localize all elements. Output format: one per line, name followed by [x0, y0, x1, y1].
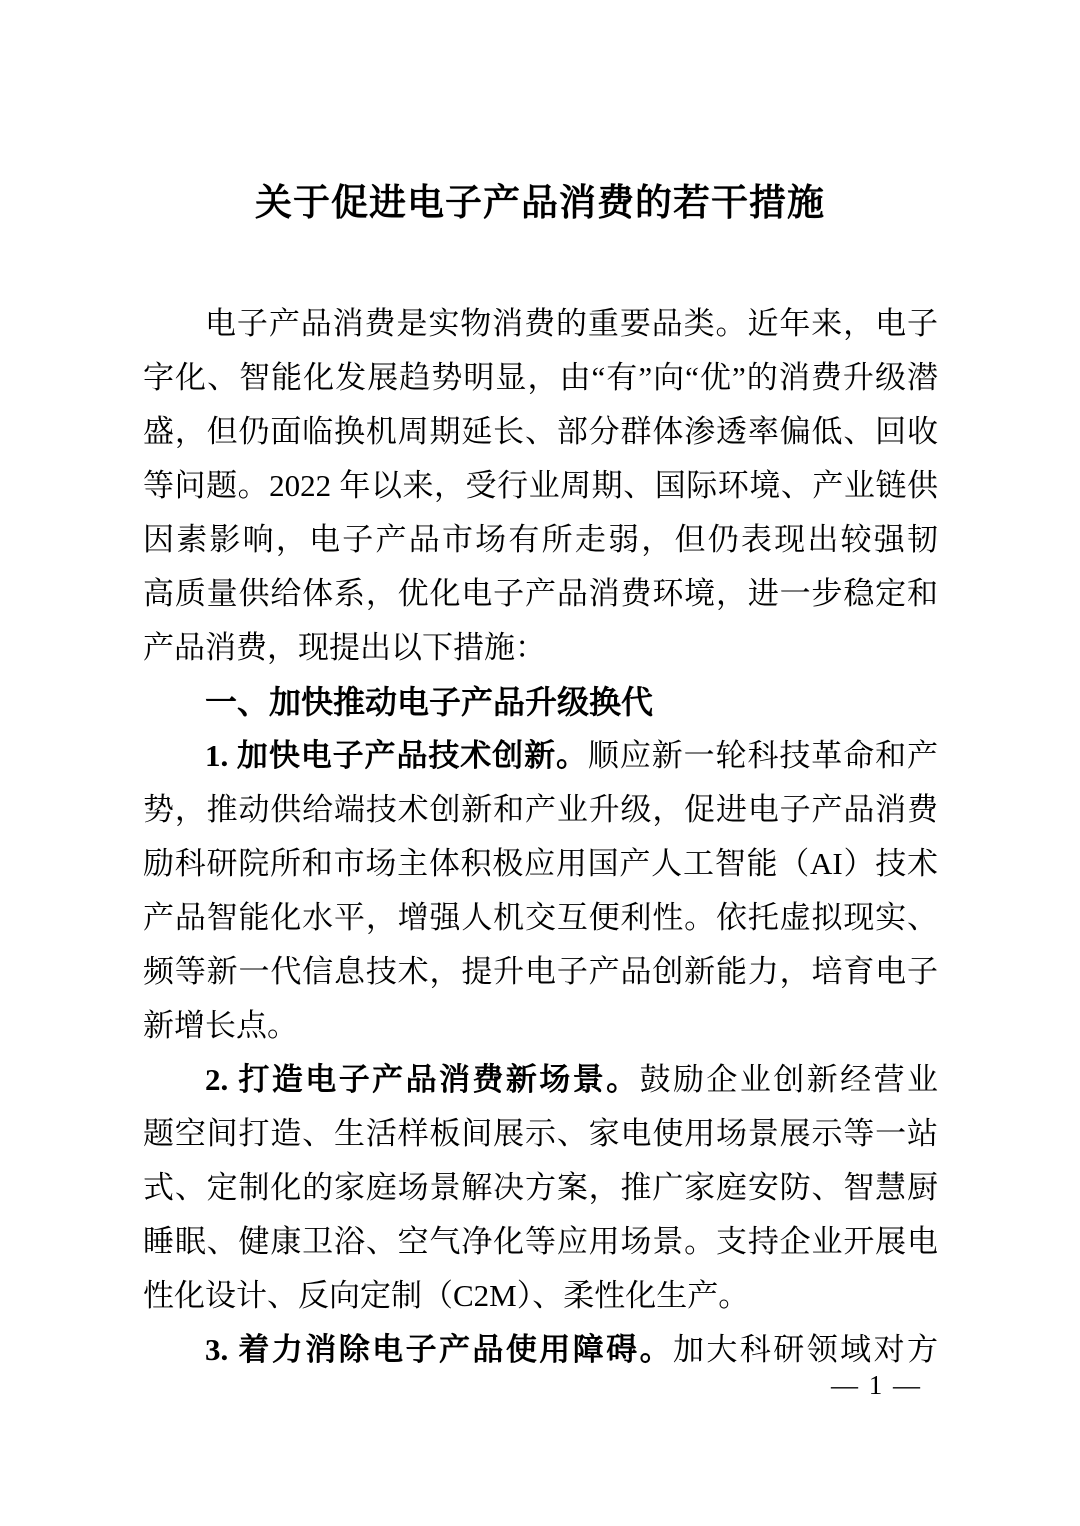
paragraph: 2. 打造电子产品消费新场景。鼓励企业创新经营业态，提供主题空间打造、生活样板间… [143, 1053, 938, 1323]
text-line: 睡眠、健康卫浴、空气净化等应用场景。支持企业开展电子产品个 [143, 1215, 938, 1269]
paragraph: 3. 着力消除电子产品使用障碍。加大科研领域对方言、特定口 [143, 1323, 938, 1377]
paragraph: 1. 加快电子产品技术创新。顺应新一轮科技革命和产业变革趋势，推动供给端技术创新… [143, 729, 938, 1053]
text-line: 因素影响，电子产品市场有所走弱，但仍表现出较强韧性。为完善 [143, 513, 938, 567]
text-line: 字化、智能化发展趋势明显，由“有”向“优”的消费升级潜力旺 [143, 351, 938, 405]
text-line: 盛，但仍面临换机周期延长、部分群体渗透率偏低、回收渠道不畅 [143, 405, 938, 459]
page-title: 关于促进电子产品消费的若干措施 [0, 178, 1080, 230]
text-line: 高质量供给体系，优化电子产品消费环境，进一步稳定和扩大电子 [143, 567, 938, 621]
text-line: 新增长点。 [143, 999, 938, 1053]
text-line: 3. 着力消除电子产品使用障碍。加大科研领域对方言、特定口 [143, 1323, 938, 1377]
section-heading: 一、加快推动电子产品升级换代 [143, 675, 938, 729]
item-lead-bold: 1. 加快电子产品技术创新。 [205, 738, 588, 773]
text-line: 题空间打造、生活样板间展示、家电使用场景展示等一站式、体验 [143, 1107, 938, 1161]
text-line: 励科研院所和市场主体积极应用国产人工智能（AI）技术提升电子 [143, 837, 938, 891]
paragraph: 电子产品消费是实物消费的重要品类。近年来，电子产品向数字化、智能化发展趋势明显，… [143, 297, 938, 675]
text-line: 频等新一代信息技术，提升电子产品创新能力，培育电子产品消费 [143, 945, 938, 999]
text-line: 产品智能化水平，增强人机交互便利性。依托虚拟现实、超高清视 [143, 891, 938, 945]
item-lead-bold: 2. 打造电子产品消费新场景。 [205, 1062, 640, 1097]
text-line: 式、定制化的家庭场景解决方案，推广家庭安防、智慧厨房、智能 [143, 1161, 938, 1215]
text-line: 等问题。2022 年以来，受行业周期、国际环境、产业链供应链等多 [143, 459, 938, 513]
document-body: 电子产品消费是实物消费的重要品类。近年来，电子产品向数字化、智能化发展趋势明显，… [143, 297, 938, 1377]
item-lead-bold: 3. 着力消除电子产品使用障碍。 [205, 1332, 673, 1367]
text-line: 产品消费，现提出以下措施： [143, 621, 938, 675]
text-line: 势，推动供给端技术创新和产业升级，促进电子产品消费升级。鼓 [143, 783, 938, 837]
text-line: 电子产品消费是实物消费的重要品类。近年来，电子产品向数 [143, 297, 938, 351]
text-line: 一、加快推动电子产品升级换代 [143, 675, 938, 729]
text-line: 性化设计、反向定制（C2M）、柔性化生产。 [143, 1269, 938, 1323]
text-line: 1. 加快电子产品技术创新。顺应新一轮科技革命和产业变革趋 [143, 729, 938, 783]
page-number: — 1 — [831, 1368, 922, 1402]
text-line: 2. 打造电子产品消费新场景。鼓励企业创新经营业态，提供主 [143, 1053, 938, 1107]
document-page: 关于促进电子产品消费的若干措施 电子产品消费是实物消费的重要品类。近年来，电子产… [0, 0, 1080, 1526]
